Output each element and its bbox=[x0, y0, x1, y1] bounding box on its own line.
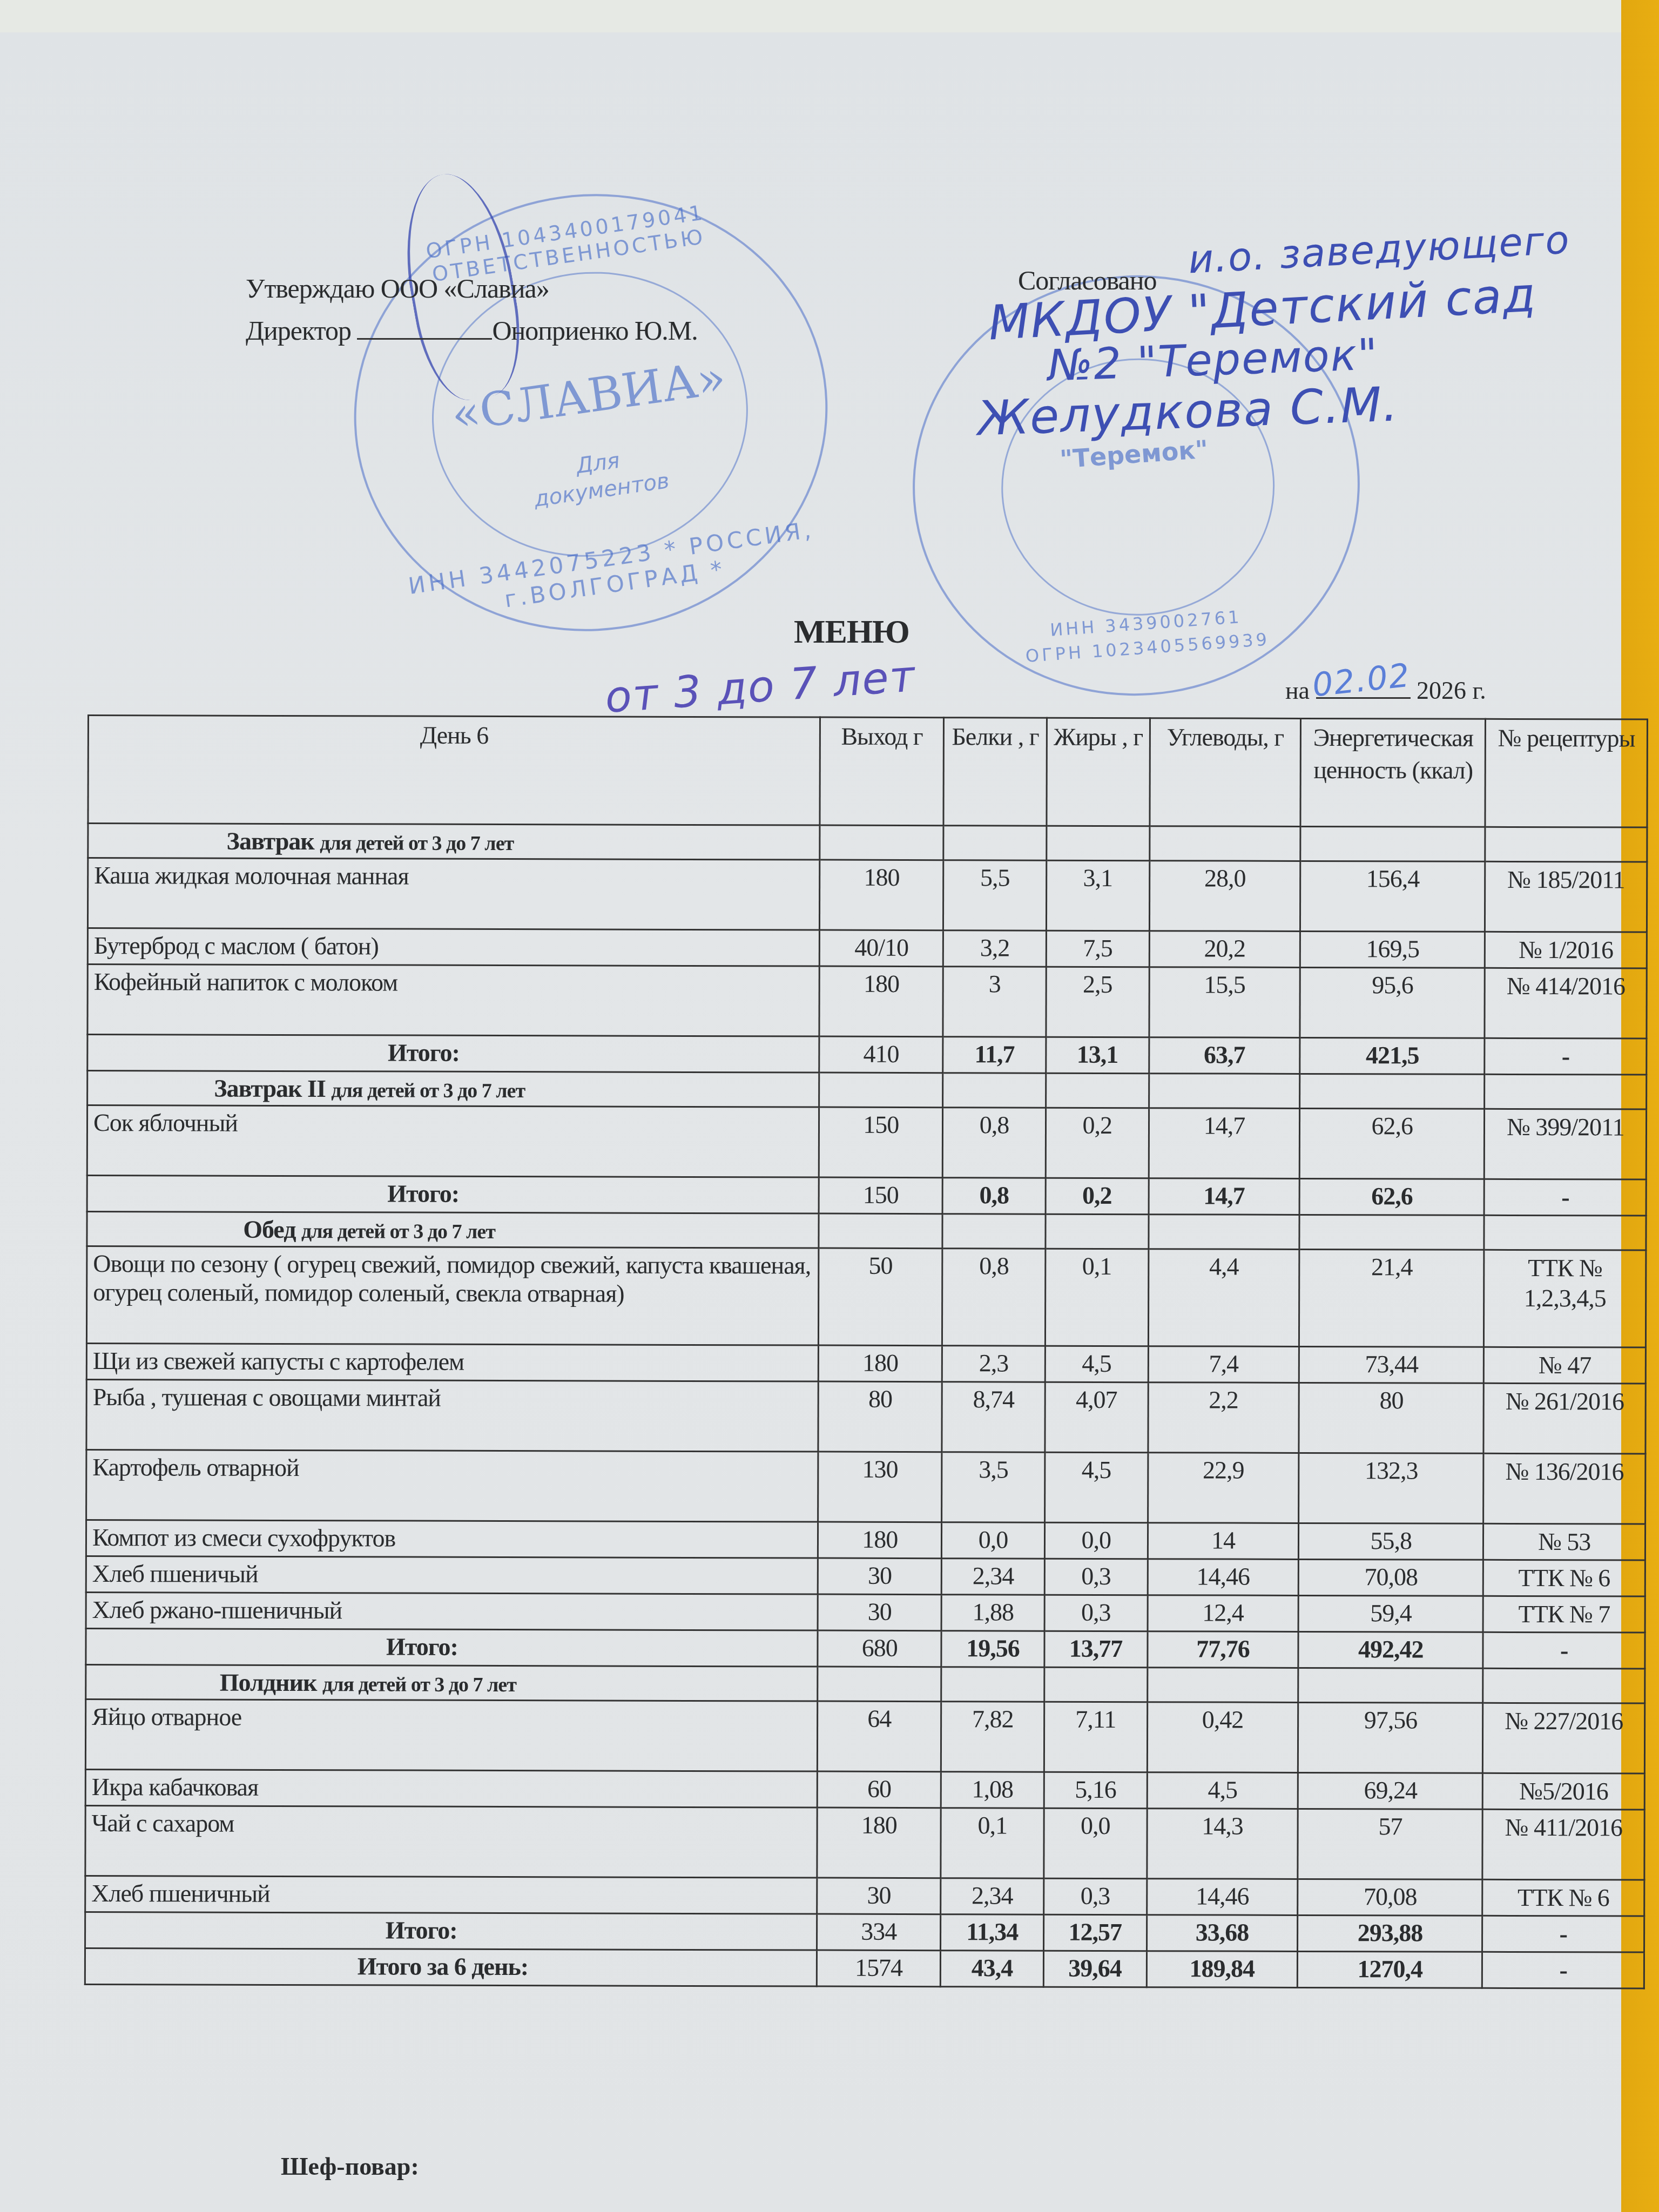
total-carbs: 14,7 bbox=[1149, 1178, 1300, 1215]
dish-yield: 60 bbox=[817, 1771, 941, 1808]
dish-carbs: 28,0 bbox=[1149, 861, 1300, 932]
approval-line: Утверждаю ООО «Славиа» bbox=[246, 267, 698, 309]
dish-fat: 5,16 bbox=[1044, 1772, 1147, 1808]
dish-yield: 30 bbox=[818, 1594, 941, 1631]
grand-total-row: Итого за 6 день:157443,439,64189,841270,… bbox=[85, 1948, 1644, 1988]
total-protein: 19,56 bbox=[941, 1631, 1044, 1667]
menu-table-body: Завтрак для детей от 3 до 7 летКаша жидк… bbox=[85, 824, 1647, 1989]
dish-name: Кофейный напиток с молоком bbox=[87, 965, 819, 1037]
dish-energy: 156,4 bbox=[1300, 861, 1485, 932]
table-row: Щи из свежей капусты с картофелем1802,34… bbox=[86, 1344, 1645, 1384]
dish-yield: 64 bbox=[817, 1701, 941, 1772]
dish-name: Хлеб ржано-пшеничный bbox=[86, 1592, 818, 1630]
dish-carbs: 14,46 bbox=[1148, 1559, 1299, 1596]
section-header-row: Полдник для детей от 3 до 7 лет bbox=[86, 1664, 1645, 1703]
empty-cell bbox=[943, 826, 1047, 860]
empty-cell bbox=[1046, 1214, 1149, 1249]
dish-recipe: № 136/2016 bbox=[1483, 1453, 1645, 1524]
dish-fat: 0,3 bbox=[1044, 1878, 1147, 1914]
dish-yield: 30 bbox=[817, 1878, 941, 1914]
total-yield: 334 bbox=[817, 1914, 941, 1951]
dish-carbs: 4,5 bbox=[1147, 1772, 1298, 1809]
table-row: Икра кабачковая601,085,164,569,24№5/2016 bbox=[85, 1769, 1644, 1810]
dish-fat: 0,0 bbox=[1044, 1522, 1148, 1559]
dish-protein: 3,5 bbox=[942, 1452, 1045, 1522]
section-age: для детей от 3 до 7 лет bbox=[331, 1079, 525, 1102]
dish-name: Щи из свежей капусты с картофелем bbox=[86, 1344, 818, 1382]
dish-recipe: ТТК № 7 bbox=[1483, 1596, 1645, 1633]
total-fat: 0,2 bbox=[1046, 1178, 1149, 1214]
grand-total-label: Итого за 6 день: bbox=[85, 1948, 817, 1986]
dish-yield: 130 bbox=[818, 1452, 942, 1522]
total-protein: 11,7 bbox=[943, 1037, 1046, 1073]
section-age: для детей от 3 до 7 лет bbox=[301, 1220, 495, 1243]
total-energy: 421,5 bbox=[1300, 1037, 1485, 1074]
empty-cell bbox=[1300, 1074, 1485, 1109]
dish-recipe: № 411/2016 bbox=[1482, 1809, 1644, 1880]
dish-name: Овощи по сезону ( огурец свежий, помидор… bbox=[86, 1246, 819, 1346]
dish-name: Хлеб пшеничный bbox=[85, 1876, 817, 1914]
dish-fat: 4,5 bbox=[1045, 1346, 1148, 1382]
grand-total-energy: 1270,4 bbox=[1298, 1951, 1482, 1988]
dish-yield: 40/10 bbox=[819, 930, 943, 967]
director-line: Директор Оноприенко Ю.М. bbox=[246, 309, 698, 352]
section-title: Завтрак II для детей от 3 до 7 лет bbox=[87, 1071, 819, 1108]
dish-fat: 0,3 bbox=[1044, 1559, 1148, 1595]
total-label: Итого: bbox=[86, 1628, 818, 1667]
dish-energy: 73,44 bbox=[1299, 1346, 1484, 1383]
dish-name: Чай с сахаром bbox=[85, 1805, 817, 1878]
dish-carbs: 7,4 bbox=[1148, 1346, 1299, 1383]
dish-fat: 3,1 bbox=[1046, 860, 1149, 930]
dish-yield: 30 bbox=[818, 1558, 941, 1595]
dish-name: Икра кабачковая bbox=[85, 1769, 817, 1808]
dish-name: Бутерброд с маслом ( батон) bbox=[87, 928, 819, 967]
table-row: Каша жидкая молочная манная1805,53,128,0… bbox=[87, 858, 1647, 933]
total-label: Итого: bbox=[87, 1035, 819, 1073]
empty-cell bbox=[1047, 826, 1150, 860]
table-header-row: День 6 Выход г Белки , г Жиры , г Углево… bbox=[88, 716, 1648, 828]
dish-protein: 0,8 bbox=[943, 1108, 1046, 1178]
dish-name: Картофель отварной bbox=[86, 1449, 818, 1522]
total-recipe: - bbox=[1483, 1632, 1645, 1669]
dish-name: Хлеб пшеничый bbox=[86, 1556, 818, 1594]
table-row: Сок яблочный1500,80,214,762,6№ 399/2011 bbox=[87, 1105, 1646, 1180]
dish-carbs: 14,7 bbox=[1149, 1108, 1300, 1179]
dish-recipe: № 1/2016 bbox=[1485, 932, 1647, 968]
table-row: Яйцо отварное647,827,110,4297,56№ 227/20… bbox=[85, 1699, 1644, 1773]
section-total-row: Итого:33411,3412,5733,68293,88- bbox=[85, 1912, 1644, 1952]
dish-recipe: № 227/2016 bbox=[1483, 1703, 1645, 1773]
dish-name: Компот из смеси сухофруктов bbox=[86, 1520, 818, 1558]
table-row: Хлеб ржано-пшеничный301,880,312,459,4ТТК… bbox=[86, 1592, 1645, 1633]
signature-line bbox=[357, 316, 492, 340]
total-fat: 12,57 bbox=[1043, 1914, 1147, 1951]
empty-cell bbox=[1483, 1668, 1645, 1703]
section-total-row: Итого:68019,5613,7777,76492,42- bbox=[86, 1628, 1645, 1669]
chef-signature-label: Шеф-повар: bbox=[281, 2152, 419, 2181]
dish-recipe: № 53 bbox=[1483, 1523, 1645, 1560]
total-yield: 680 bbox=[818, 1630, 941, 1667]
table-row: Хлеб пшеничый302,340,314,4670,08ТТК № 6 bbox=[86, 1556, 1645, 1596]
dish-energy: 169,5 bbox=[1300, 931, 1485, 968]
total-recipe: - bbox=[1482, 1916, 1644, 1952]
header-yield: Выход г bbox=[820, 717, 944, 826]
total-yield: 150 bbox=[819, 1177, 942, 1214]
dish-carbs: 15,5 bbox=[1149, 967, 1300, 1038]
dish-fat: 4,5 bbox=[1044, 1452, 1148, 1522]
section-title: Завтрак для детей от 3 до 7 лет bbox=[88, 824, 820, 860]
total-carbs: 77,76 bbox=[1147, 1631, 1298, 1668]
dish-carbs: 14,3 bbox=[1147, 1809, 1298, 1879]
section-total-row: Итого:1500,80,214,762,6- bbox=[87, 1176, 1646, 1216]
empty-cell bbox=[819, 1213, 942, 1249]
empty-cell bbox=[1149, 826, 1300, 861]
dish-energy: 69,24 bbox=[1298, 1772, 1483, 1809]
dish-protein: 0,1 bbox=[941, 1808, 1044, 1878]
director-name: Оноприенко Ю.М. bbox=[492, 315, 697, 346]
section-meal: Завтрак II bbox=[214, 1075, 326, 1103]
empty-cell bbox=[818, 1667, 941, 1702]
dish-protein: 8,74 bbox=[942, 1382, 1045, 1452]
dish-name: Каша жидкая молочная манная bbox=[87, 858, 819, 930]
dish-carbs: 12,4 bbox=[1148, 1595, 1299, 1632]
dish-yield: 180 bbox=[818, 1345, 942, 1382]
dish-fat: 2,5 bbox=[1046, 967, 1149, 1037]
section-header-row: Завтрак для детей от 3 до 7 лет bbox=[88, 824, 1647, 862]
dish-carbs: 14,46 bbox=[1147, 1879, 1298, 1916]
empty-cell bbox=[1298, 1668, 1483, 1703]
table-row: Кофейный напиток с молоком18032,515,595,… bbox=[87, 965, 1647, 1039]
dish-fat: 0,3 bbox=[1044, 1595, 1148, 1631]
dish-protein: 3,2 bbox=[943, 930, 1047, 967]
dish-yield: 180 bbox=[818, 1522, 942, 1559]
empty-cell bbox=[941, 1667, 1044, 1702]
dish-name: Рыба , тушеная с овощами минтай bbox=[86, 1379, 818, 1452]
total-yield: 410 bbox=[819, 1036, 943, 1073]
total-protein: 0,8 bbox=[942, 1178, 1046, 1214]
header-recipe: № рецептуры bbox=[1485, 719, 1647, 827]
section-title: Обед для детей от 3 до 7 лет bbox=[87, 1212, 819, 1249]
header-fat: Жиры , г bbox=[1047, 718, 1150, 826]
dish-protein: 0,0 bbox=[942, 1522, 1045, 1559]
dish-protein: 1,08 bbox=[941, 1772, 1044, 1808]
dish-carbs: 14 bbox=[1148, 1523, 1299, 1560]
total-carbs: 33,68 bbox=[1147, 1915, 1298, 1952]
dish-carbs: 2,2 bbox=[1148, 1382, 1299, 1453]
empty-cell bbox=[1149, 1074, 1300, 1109]
dish-name: Сок яблочный bbox=[87, 1105, 819, 1178]
dish-protein: 1,88 bbox=[941, 1595, 1044, 1631]
total-label: Итого: bbox=[87, 1176, 819, 1214]
dish-yield: 150 bbox=[819, 1107, 943, 1178]
dish-name: Яйцо отварное bbox=[85, 1699, 817, 1771]
dish-recipe: № 47 bbox=[1484, 1347, 1646, 1384]
section-age: для детей от 3 до 7 лет bbox=[320, 832, 514, 855]
dish-protein: 2,34 bbox=[941, 1878, 1044, 1914]
grand-total-carbs: 189,84 bbox=[1147, 1951, 1298, 1988]
dish-yield: 180 bbox=[817, 1808, 941, 1878]
section-title: Полдник для детей от 3 до 7 лет bbox=[86, 1664, 818, 1701]
director-label: Директор bbox=[246, 315, 351, 346]
total-energy: 62,6 bbox=[1299, 1178, 1484, 1215]
empty-cell bbox=[819, 1073, 943, 1108]
dish-recipe: № 399/2011 bbox=[1485, 1109, 1647, 1179]
empty-cell bbox=[1299, 1215, 1484, 1250]
section-header-row: Завтрак II для детей от 3 до 7 лет bbox=[87, 1071, 1647, 1110]
header-energy: Энергетическая ценность (ккал) bbox=[1300, 718, 1485, 827]
empty-cell bbox=[942, 1214, 1046, 1249]
dish-carbs: 20,2 bbox=[1149, 931, 1300, 968]
total-energy: 293,88 bbox=[1298, 1915, 1482, 1952]
grand-total-yield: 1574 bbox=[817, 1950, 940, 1987]
dish-protein: 5,5 bbox=[943, 860, 1047, 930]
section-meal: Полдник bbox=[220, 1669, 317, 1696]
table-row: Хлеб пшеничный302,340,314,4670,08ТТК № 6 bbox=[85, 1876, 1644, 1916]
dish-fat: 7,5 bbox=[1046, 930, 1149, 967]
table-row: Бутерброд с маслом ( батон)40/103,27,520… bbox=[87, 928, 1647, 969]
total-protein: 11,34 bbox=[941, 1914, 1044, 1951]
dish-fat: 0,1 bbox=[1045, 1249, 1148, 1346]
header-carbs: Углеводы, г bbox=[1149, 718, 1300, 827]
dish-energy: 59,4 bbox=[1298, 1595, 1483, 1632]
dish-fat: 4,07 bbox=[1045, 1382, 1148, 1452]
dish-energy: 70,08 bbox=[1298, 1879, 1482, 1916]
dish-yield: 80 bbox=[818, 1381, 942, 1452]
empty-cell bbox=[1485, 827, 1647, 862]
empty-cell bbox=[820, 825, 943, 860]
section-header-row: Обед для детей от 3 до 7 лет bbox=[87, 1212, 1646, 1251]
section-total-row: Итого:41011,713,163,7421,5- bbox=[87, 1035, 1647, 1075]
total-energy: 492,42 bbox=[1298, 1631, 1483, 1668]
dish-carbs: 0,42 bbox=[1147, 1702, 1298, 1773]
dish-energy: 132,3 bbox=[1299, 1453, 1483, 1523]
dish-fat: 7,11 bbox=[1044, 1702, 1147, 1772]
table-row: Чай с сахаром1800,10,014,357№ 411/2016 bbox=[85, 1805, 1644, 1880]
dish-recipe: № 185/2011 bbox=[1485, 861, 1647, 932]
dish-carbs: 22,9 bbox=[1148, 1453, 1299, 1523]
empty-cell bbox=[1046, 1073, 1149, 1108]
dish-energy: 70,08 bbox=[1299, 1559, 1483, 1596]
total-fat: 13,1 bbox=[1046, 1037, 1149, 1073]
date-suffix: 2026 г. bbox=[1417, 677, 1486, 704]
dish-fat: 0,0 bbox=[1044, 1808, 1147, 1878]
page-title: МЕНЮ bbox=[794, 613, 909, 651]
dish-recipe: № 261/2016 bbox=[1483, 1383, 1645, 1454]
empty-cell bbox=[943, 1073, 1046, 1108]
dish-energy: 55,8 bbox=[1299, 1523, 1483, 1560]
dish-fat: 0,2 bbox=[1046, 1108, 1149, 1178]
dish-yield: 180 bbox=[820, 860, 944, 930]
dish-recipe: ТТК № 1,2,3,4,5 bbox=[1484, 1250, 1646, 1347]
section-meal: Обед bbox=[243, 1216, 295, 1243]
grand-total-fat: 39,64 bbox=[1043, 1951, 1147, 1987]
dish-carbs: 4,4 bbox=[1148, 1249, 1299, 1347]
dish-recipe: №5/2016 bbox=[1483, 1773, 1645, 1810]
section-age: для детей от 3 до 7 лет bbox=[322, 1673, 516, 1696]
date-prefix: на bbox=[1285, 677, 1310, 704]
dish-energy: 95,6 bbox=[1300, 967, 1485, 1038]
table-row: Овощи по сезону ( огурец свежий, помидор… bbox=[86, 1246, 1645, 1348]
dish-energy: 80 bbox=[1299, 1382, 1483, 1453]
dish-protein: 2,34 bbox=[942, 1559, 1045, 1595]
header-day: День 6 bbox=[88, 716, 820, 826]
header-protein: Белки , г bbox=[943, 718, 1047, 826]
empty-cell bbox=[1148, 1215, 1299, 1250]
menu-table: День 6 Выход г Белки , г Жиры , г Углево… bbox=[84, 714, 1648, 1990]
total-carbs: 63,7 bbox=[1149, 1037, 1300, 1074]
grand-total-recipe: - bbox=[1482, 1952, 1644, 1988]
dish-energy: 21,4 bbox=[1299, 1249, 1484, 1347]
empty-cell bbox=[1300, 826, 1485, 861]
approval-block: Утверждаю ООО «Славиа» Директор Оноприен… bbox=[246, 267, 698, 352]
dish-yield: 180 bbox=[819, 966, 943, 1037]
empty-cell bbox=[1484, 1215, 1646, 1250]
dish-protein: 7,82 bbox=[941, 1702, 1044, 1772]
empty-cell bbox=[1485, 1074, 1647, 1109]
dish-recipe: ТТК № 6 bbox=[1483, 1560, 1645, 1596]
dish-protein: 0,8 bbox=[942, 1249, 1046, 1346]
dish-recipe: ТТК № 6 bbox=[1482, 1879, 1644, 1916]
total-label: Итого: bbox=[85, 1912, 817, 1950]
total-recipe: - bbox=[1484, 1179, 1646, 1216]
section-meal: Завтрак bbox=[227, 827, 314, 855]
table-row: Рыба , тушеная с овощами минтай808,744,0… bbox=[86, 1379, 1645, 1454]
dish-protein: 3 bbox=[943, 967, 1046, 1037]
dish-energy: 57 bbox=[1298, 1809, 1482, 1879]
empty-cell bbox=[1044, 1667, 1148, 1702]
total-recipe: - bbox=[1485, 1038, 1647, 1075]
dish-protein: 2,3 bbox=[942, 1346, 1046, 1382]
grand-total-protein: 43,4 bbox=[941, 1951, 1044, 1987]
dish-energy: 97,56 bbox=[1298, 1702, 1483, 1773]
dish-recipe: № 414/2016 bbox=[1485, 968, 1647, 1038]
table-row: Компот из смеси сухофруктов1800,00,01455… bbox=[86, 1520, 1645, 1560]
dish-energy: 62,6 bbox=[1300, 1108, 1485, 1179]
total-fat: 13,77 bbox=[1044, 1631, 1148, 1667]
table-row: Картофель отварной1303,54,522,9132,3№ 13… bbox=[86, 1449, 1645, 1524]
empty-cell bbox=[1147, 1668, 1298, 1703]
dish-yield: 50 bbox=[819, 1248, 943, 1346]
